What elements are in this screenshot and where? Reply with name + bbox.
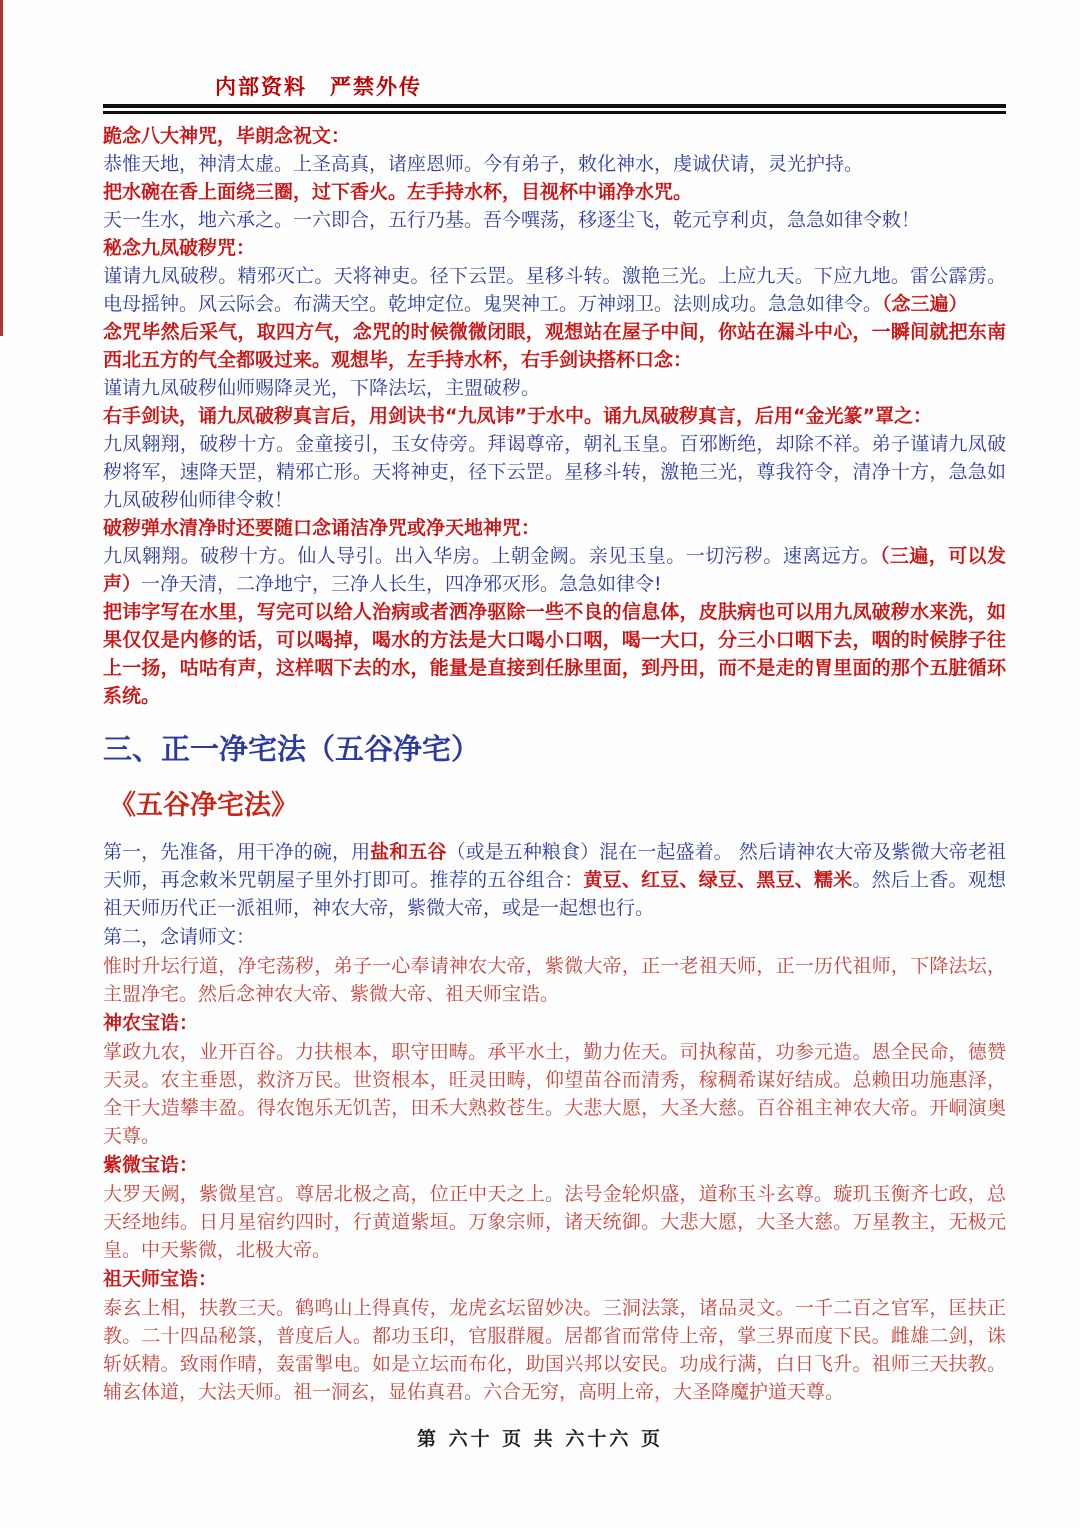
confidential-notice: 内部资料 严禁外传	[215, 74, 1006, 100]
section-title: 三、正一净宅法（五谷净宅）	[103, 730, 1006, 768]
paragraph: 掌政九农，业开百谷。力扶根本，职守田畴。承平水土，勤力佐天。司执稼苗，功参元造。…	[103, 1038, 1006, 1150]
text-segment: 破秽弹水清净时还要随口念诵洁净咒或净天地神咒：	[103, 517, 540, 539]
text-segment: 谨请九凤破秽。精邪灭亡。天将神吏。径下云罡。星移斗转。激艳三光。上应九天。下应九…	[103, 265, 1006, 315]
paragraph: 惟时升坛行道，净宅荡秽，弟子一心奉请神农大帝，紫微大帝，正一老祖天师，正一历代祖…	[103, 952, 1006, 1008]
text-segment: 把讳字写在水里，写完可以给人治病或者洒净驱除一些不良的信息体，皮肤病也可以用九凤…	[103, 601, 1006, 707]
paragraph: 把水碗在香上面绕三圈，过下香火。左手持水杯，目视杯中诵净水咒。	[103, 178, 1006, 206]
paragraph: 祖天师宝诰：	[103, 1265, 1006, 1293]
text-segment: 紫微宝诰：	[103, 1154, 198, 1176]
part2: 第一，先准备，用干净的碗，用盐和五谷（或是五种粮食）混在一起盛着。 然后请神农大…	[103, 838, 1006, 1406]
text-segment: 恭惟天地，神清太虚。上圣高真，诸座恩师。今有弟子，敕化神水，虔诚伏请，灵光护持。	[103, 153, 863, 175]
part1: 跪念八大神咒，毕朗念祝文：恭惟天地，神清太虚。上圣高真，诸座恩师。今有弟子，敕化…	[103, 122, 1006, 710]
text-segment: 念咒毕然后采气，取四方气，念咒的时候微微闭眼，观想站在屋子中间，你站在漏斗中心，…	[103, 321, 1006, 371]
text-segment: 第一，先准备，用干净的碗，用	[103, 841, 370, 863]
text-segment: 右手剑诀，诵九凤破秽真言后，用剑诀书“九凤讳”于水中。诵九凤破秽真言，后用“金光…	[103, 405, 932, 427]
text-segment: （念三遍）	[882, 293, 968, 315]
text-segment: 大罗天阙，紫微星宫。尊居北极之高，位正中天之上。法号金轮炽盛，道称玉斗玄尊。璇玑…	[103, 1183, 1006, 1261]
paragraph: 九凤翱翔，破秽十方。金童接引，玉女侍旁。拜谒尊帝，朝礼玉皇。百邪断绝，却除不祥。…	[103, 430, 1006, 514]
paragraph: 第二，念请师文：	[103, 923, 1006, 951]
page-number: 第 六十 页 共 六十六 页	[0, 1424, 1080, 1451]
text-segment: 天一生水，地六承之。一六即合，五行乃基。吾今噀荡，移逐尘飞，乾元亨利贞，急急如律…	[103, 209, 920, 231]
document-page: 内部资料 严禁外传 跪念八大神咒，毕朗念祝文：恭惟天地，神清太虚。上圣高真，诸座…	[0, 0, 1080, 1528]
paragraph: 跪念八大神咒，毕朗念祝文：	[103, 122, 1006, 150]
text-segment: 黄豆、红豆、绿豆、黑豆、糯米	[583, 869, 852, 891]
paragraph: 谨请九凤破秽仙师赐降灵光，下降法坛，主盟破秽。	[103, 374, 1006, 402]
paragraph: 紫微宝诰：	[103, 1151, 1006, 1179]
paragraph: 神农宝诰：	[103, 1009, 1006, 1037]
paragraph: 谨请九凤破秽。精邪灭亡。天将神吏。径下云罡。星移斗转。激艳三光。上应九天。下应九…	[103, 262, 1006, 318]
paragraph: 大罗天阙，紫微星宫。尊居北极之高，位正中天之上。法号金轮炽盛，道称玉斗玄尊。璇玑…	[103, 1180, 1006, 1264]
paragraph: 把讳字写在水里，写完可以给人治病或者洒净驱除一些不良的信息体，皮肤病也可以用九凤…	[103, 598, 1006, 710]
text-segment: 谨请九凤破秽仙师赐降灵光，下降法坛，主盟破秽。	[103, 377, 540, 399]
paragraph: 右手剑诀，诵九凤破秽真言后，用剑诀书“九凤讳”于水中。诵九凤破秽真言，后用“金光…	[103, 402, 1006, 430]
paragraph: 第一，先准备，用干净的碗，用盐和五谷（或是五种粮食）混在一起盛着。 然后请神农大…	[103, 838, 1006, 922]
text-segment: 泰玄上相，扶教三天。鹤鸣山上得真传，龙虎玄坛留妙决。三洞法箓，诸品灵文。一千二百…	[103, 1297, 1006, 1403]
section-subtitle: 《五谷净宅法》	[109, 788, 1006, 824]
text-segment: 掌政九农，业开百谷。力扶根本，职守田畴。承平水土，勤力佐天。司执稼苗，功参元造。…	[103, 1041, 1006, 1147]
paragraph: 泰玄上相，扶教三天。鹤鸣山上得真传，龙虎玄坛留妙决。三洞法箓，诸品灵文。一千二百…	[103, 1294, 1006, 1406]
text-segment: 一净天清，二净地宁，三净人长生，四净邪灭形。急急如律令!	[141, 573, 662, 595]
text-segment: 祖天师宝诰：	[103, 1268, 217, 1290]
text-segment: 神农宝诰：	[103, 1012, 198, 1034]
text-segment: 第二，念请师文：	[103, 926, 255, 948]
scan-edge-mark	[0, 0, 3, 336]
text-segment: 九凤翱翔。破秽十方。仙人导引。出入华房。上朝金阙。亲见玉皇。一切污秽。速离远方。	[103, 545, 880, 567]
text-segment: 秘念九凤破秽咒：	[103, 237, 255, 259]
paragraph: 秘念九凤破秽咒：	[103, 234, 1006, 262]
text-segment: 九凤翱翔，破秽十方。金童接引，玉女侍旁。拜谒尊帝，朝礼玉皇。百邪断绝，却除不祥。…	[103, 433, 1006, 511]
paragraph: 破秽弹水清净时还要随口念诵洁净咒或净天地神咒：	[103, 514, 1006, 542]
text-segment: 惟时升坛行道，净宅荡秽，弟子一心奉请神农大帝，紫微大帝，正一老祖天师，正一历代祖…	[103, 955, 1006, 1005]
text-segment: 盐和五谷	[370, 841, 446, 863]
paragraph: 天一生水，地六承之。一六即合，五行乃基。吾今噀荡，移逐尘飞，乾元亨利贞，急急如律…	[103, 206, 1006, 234]
header-rule	[103, 104, 1006, 114]
paragraph: 念咒毕然后采气，取四方气，念咒的时候微微闭眼，观想站在屋子中间，你站在漏斗中心，…	[103, 318, 1006, 374]
text-segment: 把水碗在香上面绕三圈，过下香火。左手持水杯，目视杯中诵净水咒。	[103, 181, 692, 203]
text-segment: 跪念八大神咒，毕朗念祝文：	[103, 125, 350, 147]
page-content: 内部资料 严禁外传 跪念八大神咒，毕朗念祝文：恭惟天地，神清太虚。上圣高真，诸座…	[103, 74, 1006, 1407]
paragraph: 恭惟天地，神清太虚。上圣高真，诸座恩师。今有弟子，敕化神水，虔诚伏请，灵光护持。	[103, 150, 1006, 178]
paragraph: 九凤翱翔。破秽十方。仙人导引。出入华房。上朝金阙。亲见玉皇。一切污秽。速离远方。…	[103, 542, 1006, 598]
